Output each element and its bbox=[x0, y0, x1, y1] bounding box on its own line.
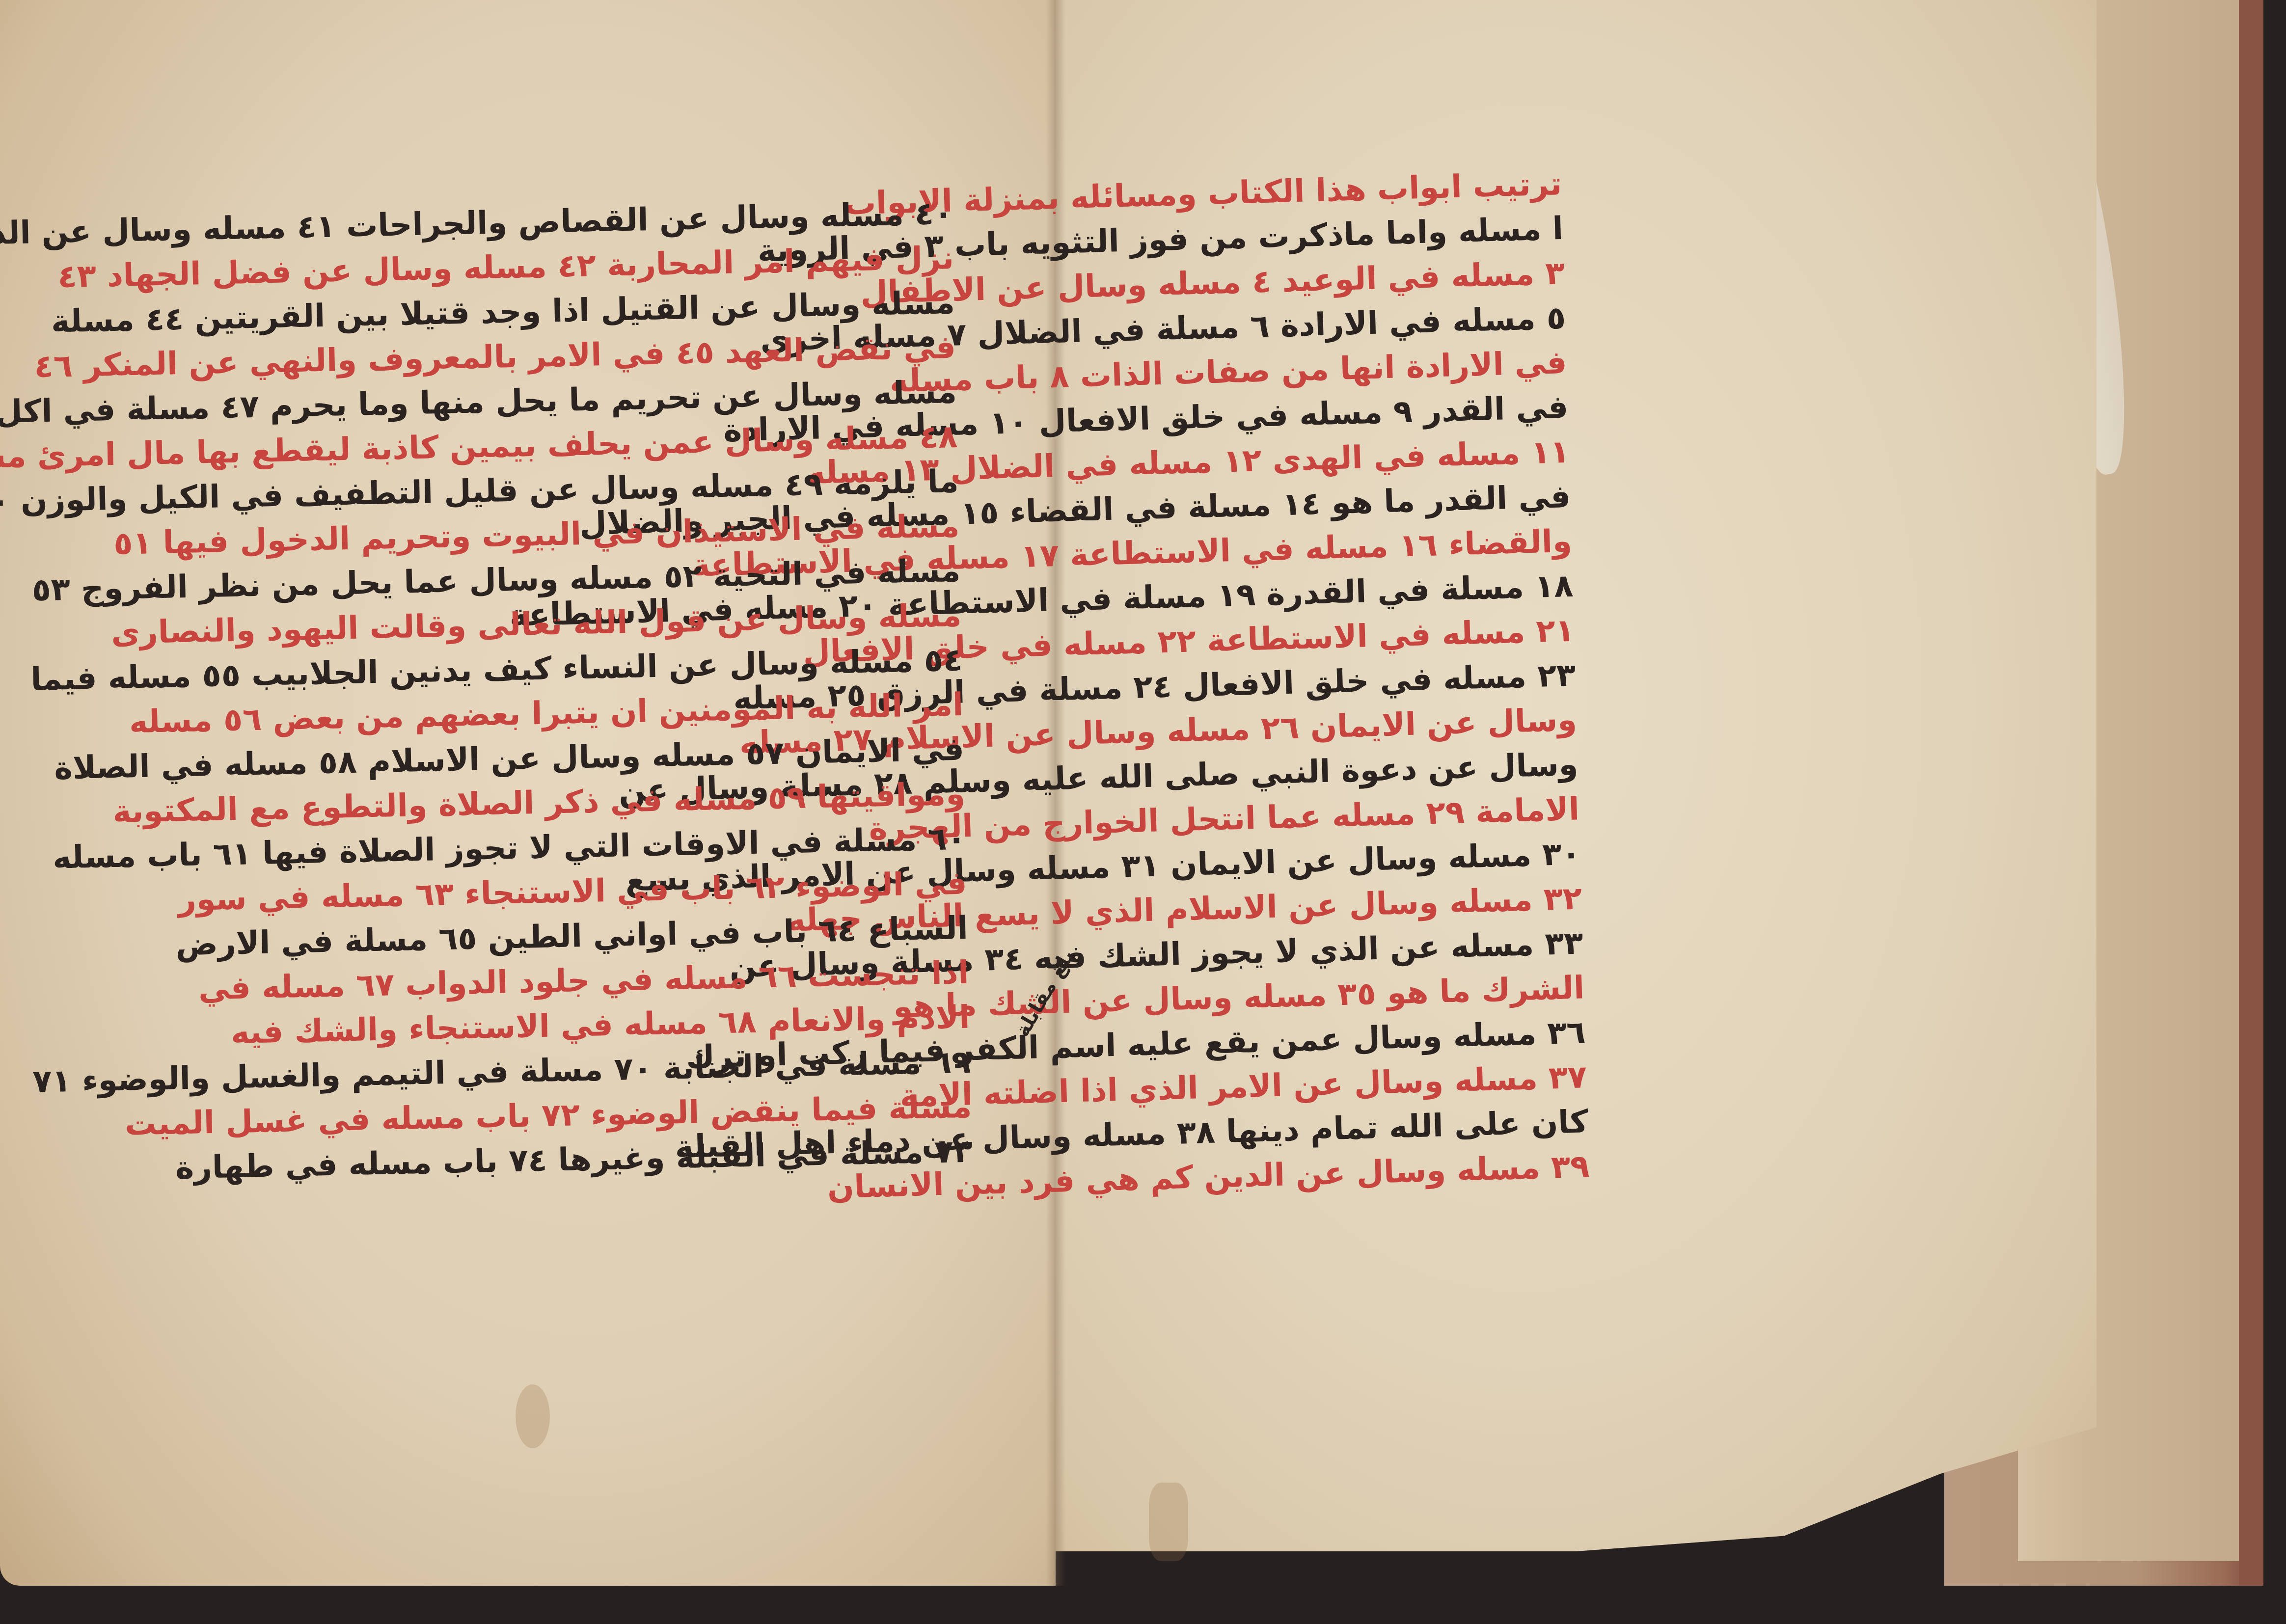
cover-edge bbox=[2239, 0, 2263, 1586]
ink-stain bbox=[516, 1384, 550, 1448]
left-page-text: ٤٠ مسله وسال عن القصاص والجراحات ٤١ مسله… bbox=[265, 191, 973, 1189]
water-stain bbox=[1149, 1483, 1188, 1561]
right-page-text: ترتيب ابواب هذا الكتاب ومسائله بمنزلة ال… bbox=[1002, 162, 1590, 1205]
